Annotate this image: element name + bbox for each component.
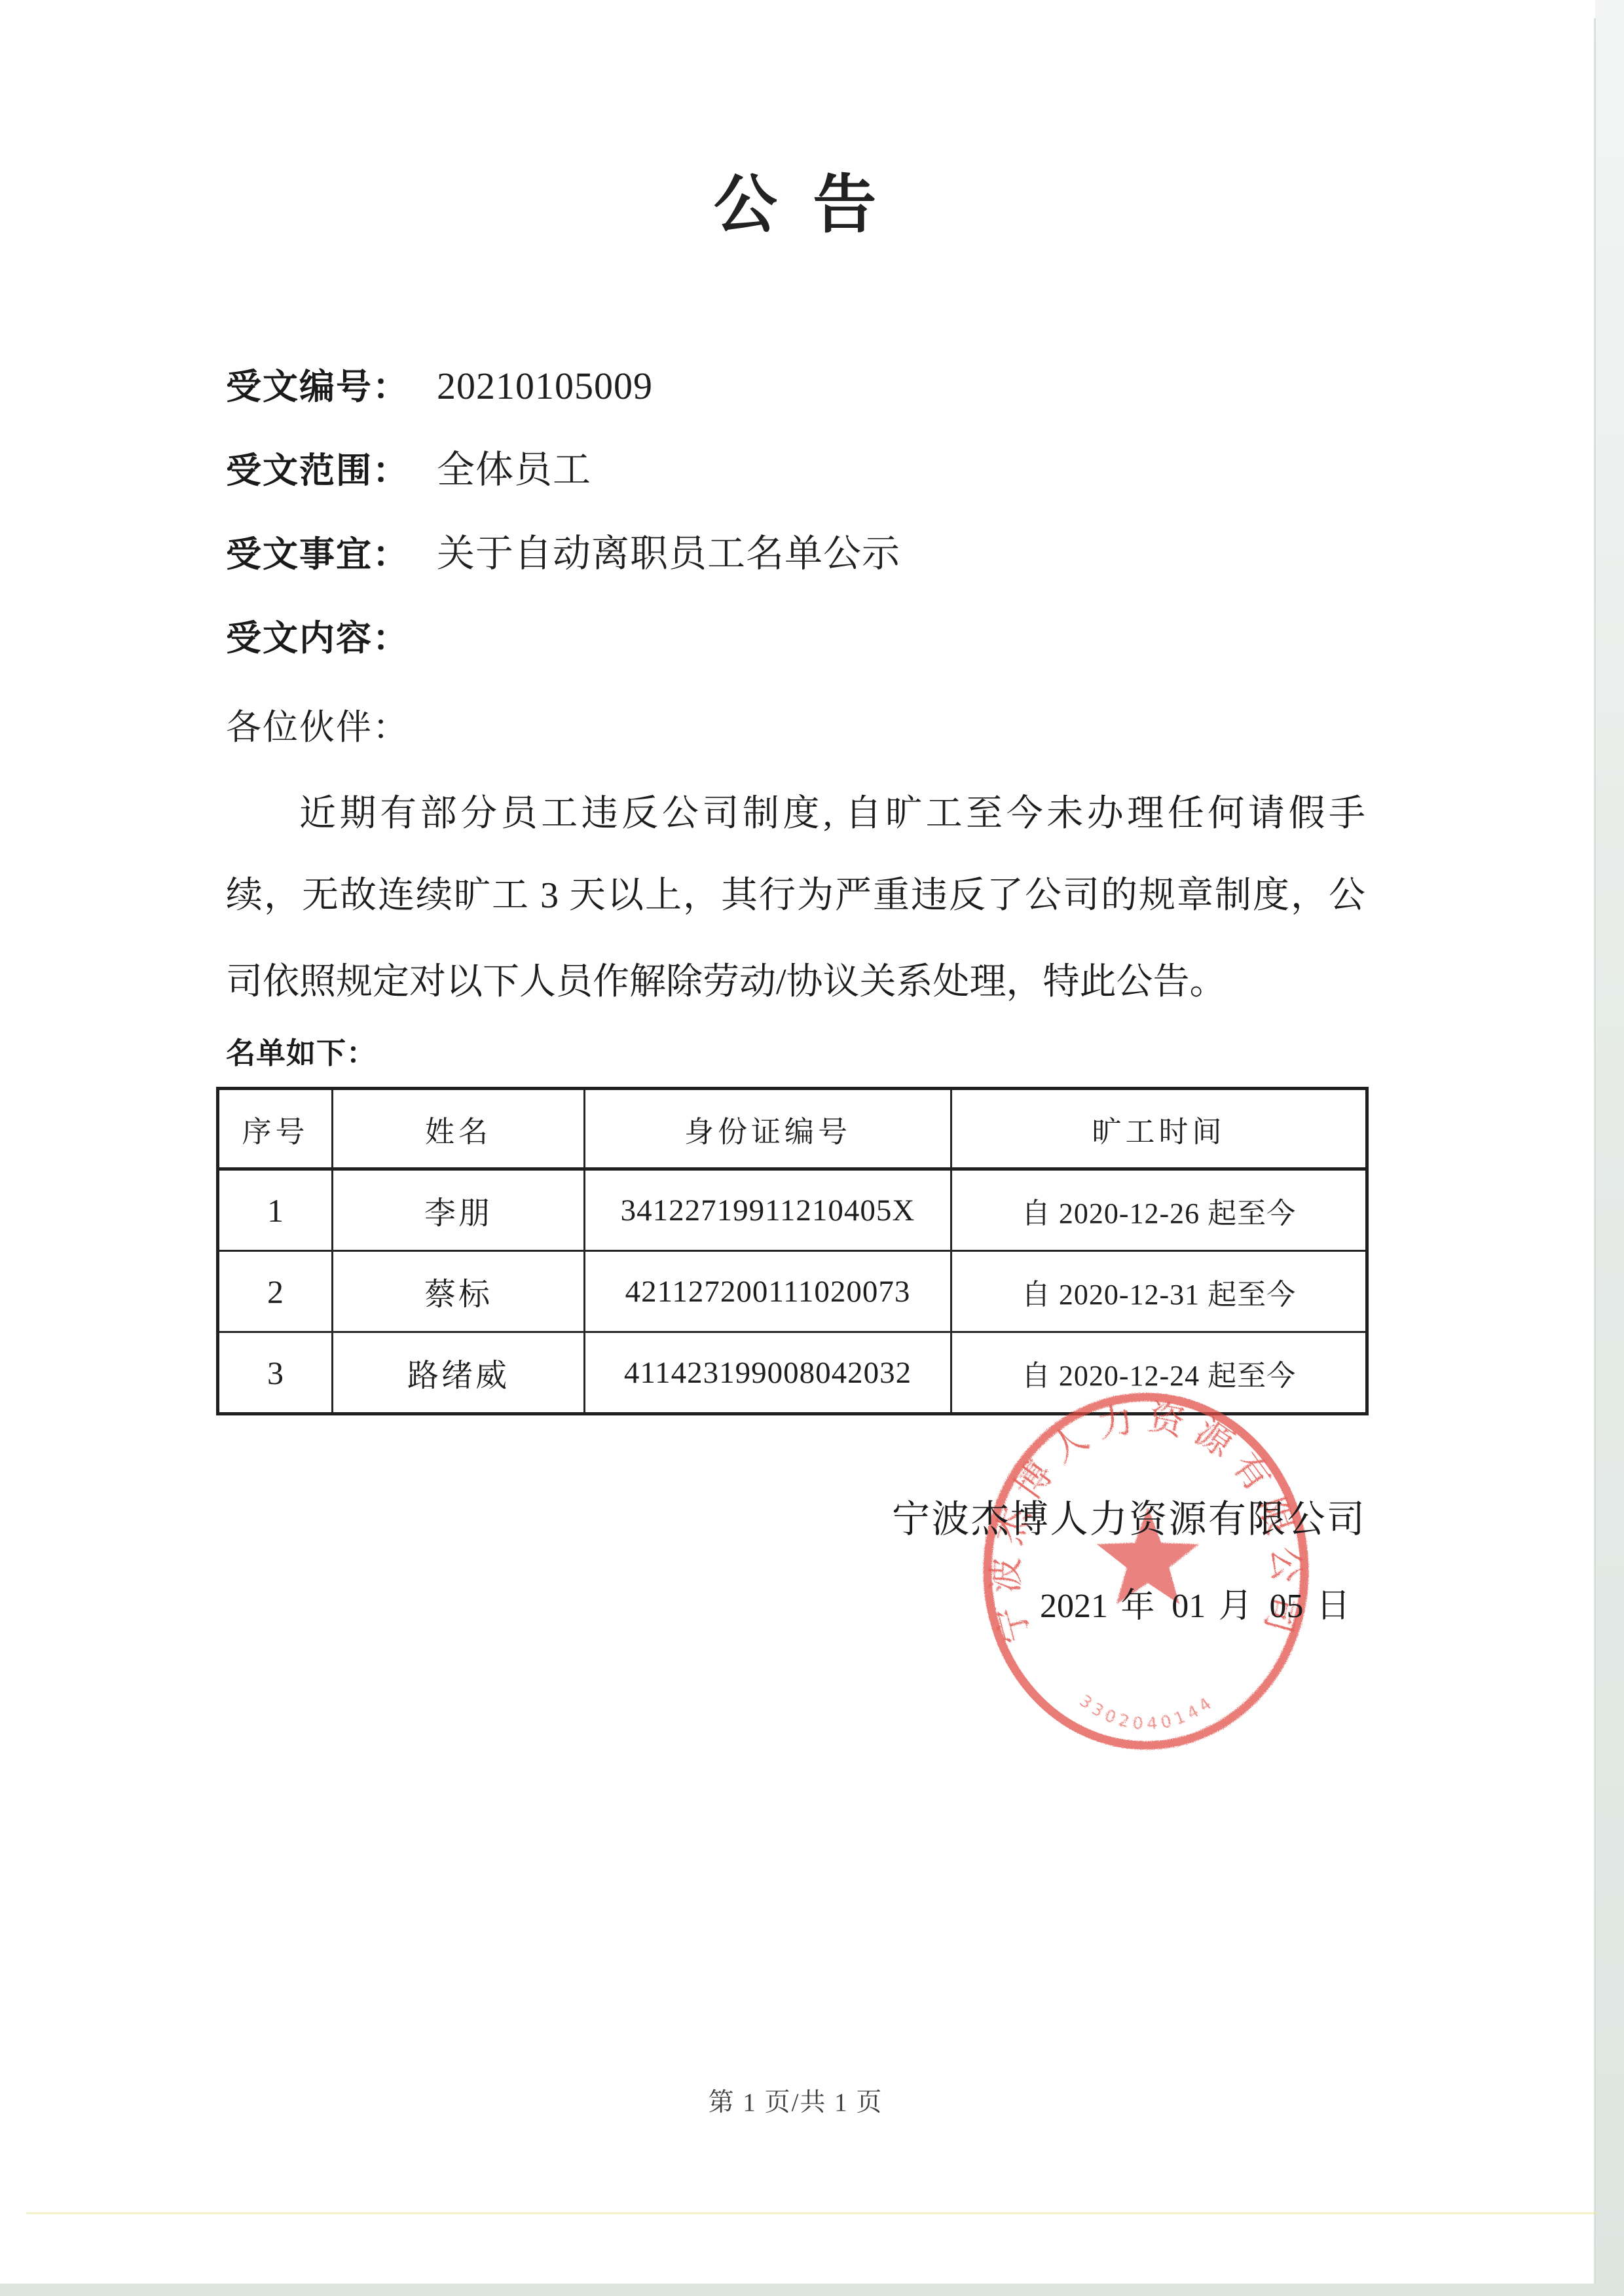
roster-cell: 34122719911210405X (585, 1169, 951, 1251)
body-paragraph-line-3: 司依照规定对以下人员作解除劳动/协议关系处理，特此公告。 (226, 959, 1365, 1005)
roster-table: 序号 姓名 身份证编号 旷工时间 1李朋34122719911210405X自 … (216, 1087, 1369, 1415)
field-doc-subject: 受文事宜：关于自动离职员工名单公示 (226, 532, 900, 576)
field-doc-number-value: 20210105009 (437, 365, 653, 407)
field-doc-subject-label: 受文事宜： (226, 535, 409, 574)
body-paragraph-line-2: 续，无故连续旷工 3 天以上，其行为严重违反了公司的规章制度，公 (226, 873, 1365, 919)
field-doc-scope-label: 受文范围： (226, 451, 409, 490)
page-number-footer: 第 1 页/共 1 页 (226, 2087, 1365, 2119)
scan-edge-band-bottom (0, 2284, 1624, 2296)
field-doc-content-label: 受文内容： (226, 619, 409, 658)
roster-cell: 自 2020-12-31 起至今 (951, 1251, 1367, 1332)
col-header-id-number: 身份证编号 (585, 1089, 951, 1169)
roster-table-head: 序号 姓名 身份证编号 旷工时间 (218, 1089, 1367, 1169)
seal-serial-number: 3302040144 (1076, 1691, 1218, 1733)
roster-row: 1李朋34122719911210405X自 2020-12-26 起至今 (218, 1169, 1367, 1251)
field-doc-content: 受文内容： (226, 616, 437, 660)
col-header-name: 姓名 (333, 1089, 585, 1169)
roster-cell: 自 2020-12-26 起至今 (951, 1169, 1367, 1251)
roster-cell: 411423199008042032 (585, 1332, 951, 1414)
roster-header-row: 序号 姓名 身份证编号 旷工时间 (218, 1089, 1367, 1169)
roster-row: 2蔡标421127200111020073自 2020-12-31 起至今 (218, 1251, 1367, 1332)
salutation: 各位伙伴： (226, 706, 409, 749)
field-doc-subject-value: 关于自动离职员工名单公示 (437, 532, 900, 575)
col-header-index: 序号 (218, 1089, 333, 1169)
col-header-absence-period: 旷工时间 (951, 1089, 1367, 1169)
roster-table-body: 1李朋34122719911210405X自 2020-12-26 起至今2蔡标… (218, 1169, 1367, 1414)
signature-company-name: 宁波杰博人力资源有限公司 (892, 1498, 1365, 1541)
list-intro: 名单如下： (226, 1036, 377, 1071)
roster-cell: 蔡标 (333, 1251, 585, 1332)
roster-cell: 421127200111020073 (585, 1251, 951, 1332)
roster-cell: 1 (218, 1169, 333, 1251)
body-paragraph-line-1: 近期有部分员工违反公司制度, 自旷工至今未办理任何请假手 (226, 791, 1365, 837)
field-doc-number-label: 受文编号： (226, 367, 409, 407)
document-title: 公 告 (226, 168, 1365, 244)
roster-cell: 2 (218, 1251, 333, 1332)
company-seal-stamp: 宁波杰博人力资源有限公司 3302040144 (979, 1389, 1313, 1753)
scan-edge-line-right (1594, 18, 1596, 2296)
announcement-document-page: 公 告 受文编号：20210105009 受文范围：全体员工 受文事宜：关于自动… (0, 0, 1624, 2296)
field-doc-scope-value: 全体员工 (437, 448, 591, 491)
scan-artifact-line (26, 2212, 1598, 2214)
signature-date: 2021 年 01 月 05 日 (1040, 1587, 1350, 1626)
field-doc-scope: 受文范围：全体员工 (226, 448, 591, 492)
scan-edge-band-right (1595, 0, 1624, 2296)
roster-cell: 李朋 (333, 1169, 585, 1251)
roster-cell: 路绪威 (333, 1332, 585, 1414)
roster-cell: 3 (218, 1332, 333, 1414)
field-doc-number: 受文编号：20210105009 (226, 365, 653, 409)
